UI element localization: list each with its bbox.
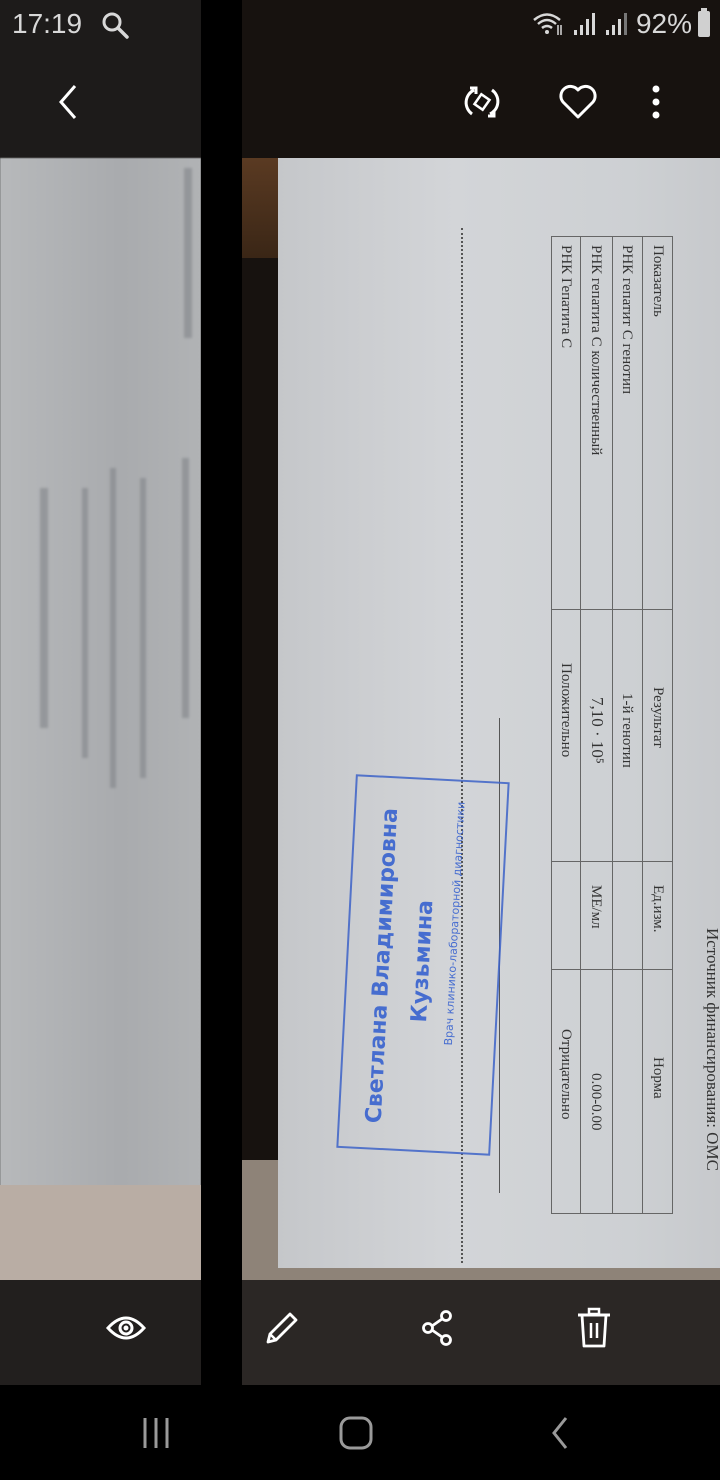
financing-source: Источник финансирования: ОМС <box>702 928 720 1171</box>
status-right-icons: 92% <box>532 8 710 40</box>
previous-photo-table-surface <box>0 1185 201 1280</box>
table-header-unit: Ед.изм. <box>649 885 666 933</box>
photo-gap <box>201 0 242 1385</box>
navigation-bar: Recent apps Home Back <box>0 1385 720 1480</box>
share-icon <box>418 1308 458 1348</box>
home-button[interactable]: Home <box>326 1403 386 1463</box>
home-icon <box>338 1415 374 1451</box>
rotate-icon <box>462 82 502 122</box>
main-photo[interactable]: Показатель Результат Ед.изм. Норма РНК г… <box>242 0 720 1385</box>
table-cell: РНК гепатит С генотип <box>618 245 635 394</box>
bottom-toolbar: Bixby Vision Edit Share Delete <box>0 1280 720 1385</box>
table-cell: Положительно <box>557 663 574 757</box>
wifi-icon <box>532 11 566 37</box>
top-toolbar: Back Rotate Favorite More options <box>0 52 720 158</box>
table-cell: МЕ/мл <box>587 885 604 929</box>
eye-icon <box>105 1312 147 1344</box>
photo-gap <box>201 1280 242 1385</box>
previous-photo-blurred-text <box>0 158 201 1278</box>
battery-percent: 92% <box>636 8 692 40</box>
status-bar: 17:19 92% <box>0 0 720 52</box>
back-chevron-icon <box>548 1415 572 1451</box>
signal-icon <box>604 11 630 37</box>
more-vertical-icon <box>650 84 662 120</box>
results-table: Показатель Результат Ед.изм. Норма РНК г… <box>551 236 673 1214</box>
previous-photo-preview[interactable] <box>0 0 201 1385</box>
nav-back-button[interactable]: Back <box>530 1403 590 1463</box>
status-time: 17:19 <box>12 8 82 40</box>
document-paper: Показатель Результат Ед.изм. Норма РНК г… <box>278 158 720 1268</box>
stamp-doctor-title: Врач клинико-лабораторной диагностики <box>442 801 468 1045</box>
table-header-indicator: Показатель <box>649 245 666 317</box>
table-cell: РНК гепатита С количественный <box>587 245 604 455</box>
stamp-full-name: Светлана Владимировна <box>362 807 403 1123</box>
trash-icon <box>576 1307 612 1349</box>
rotate-button[interactable]: Rotate <box>456 76 508 128</box>
search-icon <box>100 10 130 40</box>
recent-apps-button[interactable]: Recent apps <box>126 1403 186 1463</box>
table-header-result: Результат <box>649 687 666 748</box>
delete-button[interactable]: Delete <box>568 1302 620 1354</box>
stamp-surname: Кузьмина <box>407 899 438 1023</box>
favorite-button[interactable]: Favorite <box>552 76 604 128</box>
pencil-icon <box>262 1308 302 1348</box>
table-header-norm: Норма <box>649 1057 666 1099</box>
back-button[interactable]: Back <box>42 76 94 128</box>
chevron-left-icon <box>53 82 83 122</box>
signal-icon <box>572 11 598 37</box>
edit-button[interactable]: Edit <box>256 1302 308 1354</box>
table-cell: РНК Гепатита С <box>557 245 574 348</box>
share-button[interactable]: Share <box>412 1302 464 1354</box>
bixby-vision-button[interactable]: Bixby Vision <box>100 1302 152 1354</box>
table-cell: 0.00-0.00 <box>587 1073 604 1131</box>
more-options-button[interactable]: More options <box>630 76 682 128</box>
table-cell: 7,10 · 10⁵ <box>587 697 607 764</box>
battery-icon <box>698 11 710 37</box>
recents-icon <box>141 1416 171 1450</box>
table-cell: Отрицательно <box>557 1029 574 1119</box>
heart-icon <box>558 84 598 120</box>
table-cell: 1-й генотип <box>618 693 635 768</box>
doctor-stamp: Врач клинико-лабораторной диагностики Ку… <box>336 774 509 1156</box>
